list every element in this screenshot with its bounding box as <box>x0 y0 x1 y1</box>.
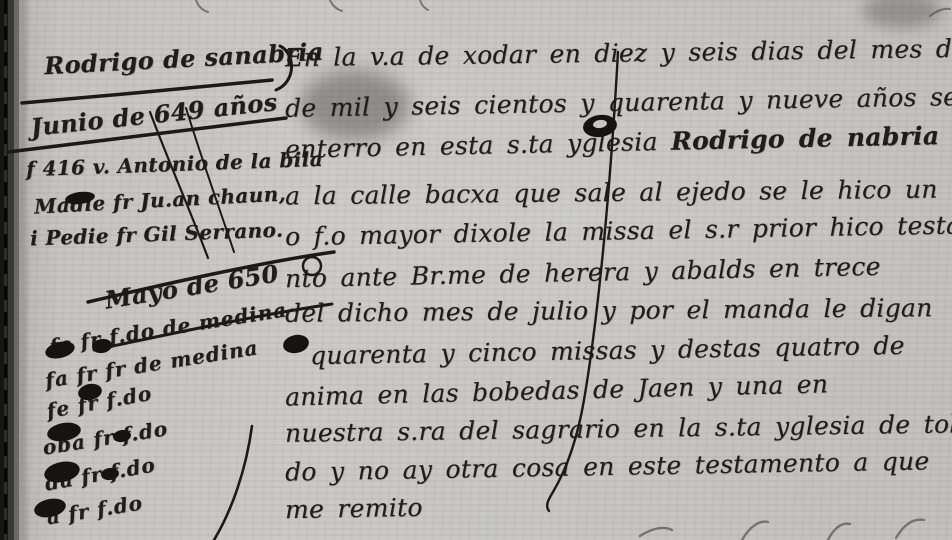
margin-witness: Madie fr Ju.an chaun, <box>34 181 287 218</box>
cropped-stroke <box>742 522 768 540</box>
body-line: del dicho mes de julio y por el manda le… <box>285 293 933 328</box>
manuscript-page: Rodrigo de sanabria Junio de 649 años f … <box>0 0 952 540</box>
body-line: a la calle bacxa que sale al ejedo se le… <box>285 175 938 211</box>
body-line: anima en las bobedas de Jaen y una en <box>285 369 829 411</box>
cropped-stroke <box>828 524 850 540</box>
body-line: nuestra s.ra del sagrario en la s.ta ygl… <box>285 409 952 448</box>
ink-blot <box>281 332 310 355</box>
body-line: nto ante Br.me de herera y abalds en tre… <box>285 252 881 293</box>
body-line: En la v.a de xodar en diez y seis dias d… <box>285 33 952 73</box>
margin-entry-name: Rodrigo de sanabria <box>43 37 324 81</box>
body-line: me remito <box>285 493 423 524</box>
cropped-stroke <box>330 0 342 11</box>
book-binding-edge <box>0 0 30 540</box>
cropped-stroke <box>640 528 672 536</box>
margin-entry-date: Junio de 649 años <box>29 87 279 142</box>
body-line: quarenta y cinco missas y destas quatro … <box>310 331 905 370</box>
cropped-stroke <box>896 520 924 538</box>
deceased-name: Rodrigo de nabria <box>671 121 940 156</box>
margin-signature-row: a fr f.do <box>45 491 145 530</box>
curved-stroke <box>214 426 252 540</box>
margin-witness: i Pedie fr Gil Serrano. <box>30 218 284 251</box>
body-line: do y no ay otra cosa en este testamento … <box>285 446 930 486</box>
margin-signature-row: da fr f.do <box>43 452 158 495</box>
cropped-stroke <box>196 0 208 12</box>
ink-smudge <box>862 0 942 28</box>
margin-folio-note: f 416 v. Antonio de la bila <box>26 147 324 181</box>
body-line: o f.o mayor dixole la missa el s.r prior… <box>285 210 952 251</box>
cropped-stroke <box>420 0 428 10</box>
